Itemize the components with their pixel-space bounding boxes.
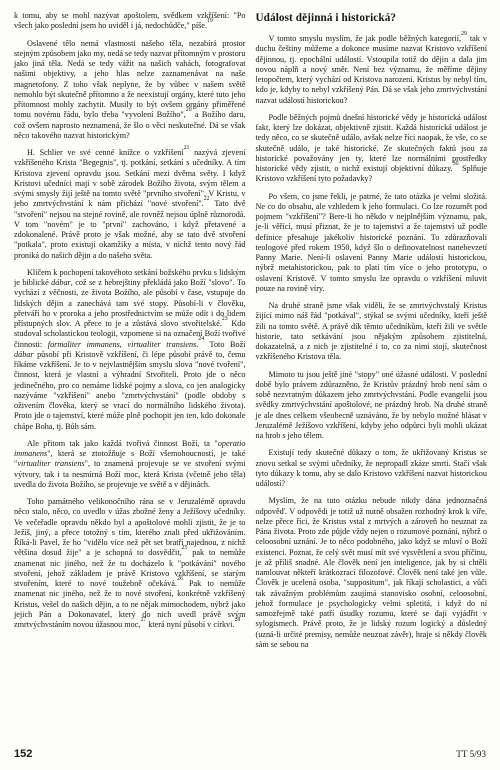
paragraph: Klíčem k pochopení takovéhoto setkání bo… <box>14 268 246 432</box>
section-heading: Událost dějinná i historická? <box>256 12 488 25</box>
page-number: 152 <box>14 748 32 760</box>
document-page: k tomu, aby se mohl nazývat apoštolem, s… <box>0 0 500 770</box>
paragraph: Po všem, co jsme řekli, je patrné, že ta… <box>256 192 488 295</box>
paragraph: Ale přitom tak jako každá tvořivá činnos… <box>14 439 246 490</box>
paragraph: H. Schlier ve své cenné knížce o vzkříše… <box>14 148 246 261</box>
right-column: Událost dějinná i historická? V tomto sm… <box>256 11 488 657</box>
paragraph: Myslím, že na tuto otázku nebude nikdy d… <box>256 496 488 650</box>
paragraph: Podle běžných pojmů dnešní historické vě… <box>256 113 488 185</box>
two-column-layout: k tomu, aby se mohl nazývat apoštolem, s… <box>0 0 500 657</box>
paragraph: Mimoto tu jsou ještě jiné "stopy" oné úž… <box>256 370 488 442</box>
paragraph: Toho památného velikonočního rána se v J… <box>14 497 246 630</box>
journal-issue: TT 5/93 <box>456 749 486 759</box>
page-footer: 152 TT 5/93 <box>14 748 486 760</box>
paragraph: V tomto smyslu myslím, že jak podle běžn… <box>256 34 488 106</box>
paragraph: k tomu, aby se mohl nazývat apoštolem, s… <box>14 11 246 32</box>
paragraph: Oslavené tělo nemá vlastnosti našeho těl… <box>14 39 246 142</box>
paragraph: Existují tedy skutečné důkazy o tom, že … <box>256 448 488 489</box>
left-column: k tomu, aby se mohl nazývat apoštolem, s… <box>14 11 246 657</box>
paragraph: Na druhé straně jsme však viděli, že se … <box>256 301 488 363</box>
